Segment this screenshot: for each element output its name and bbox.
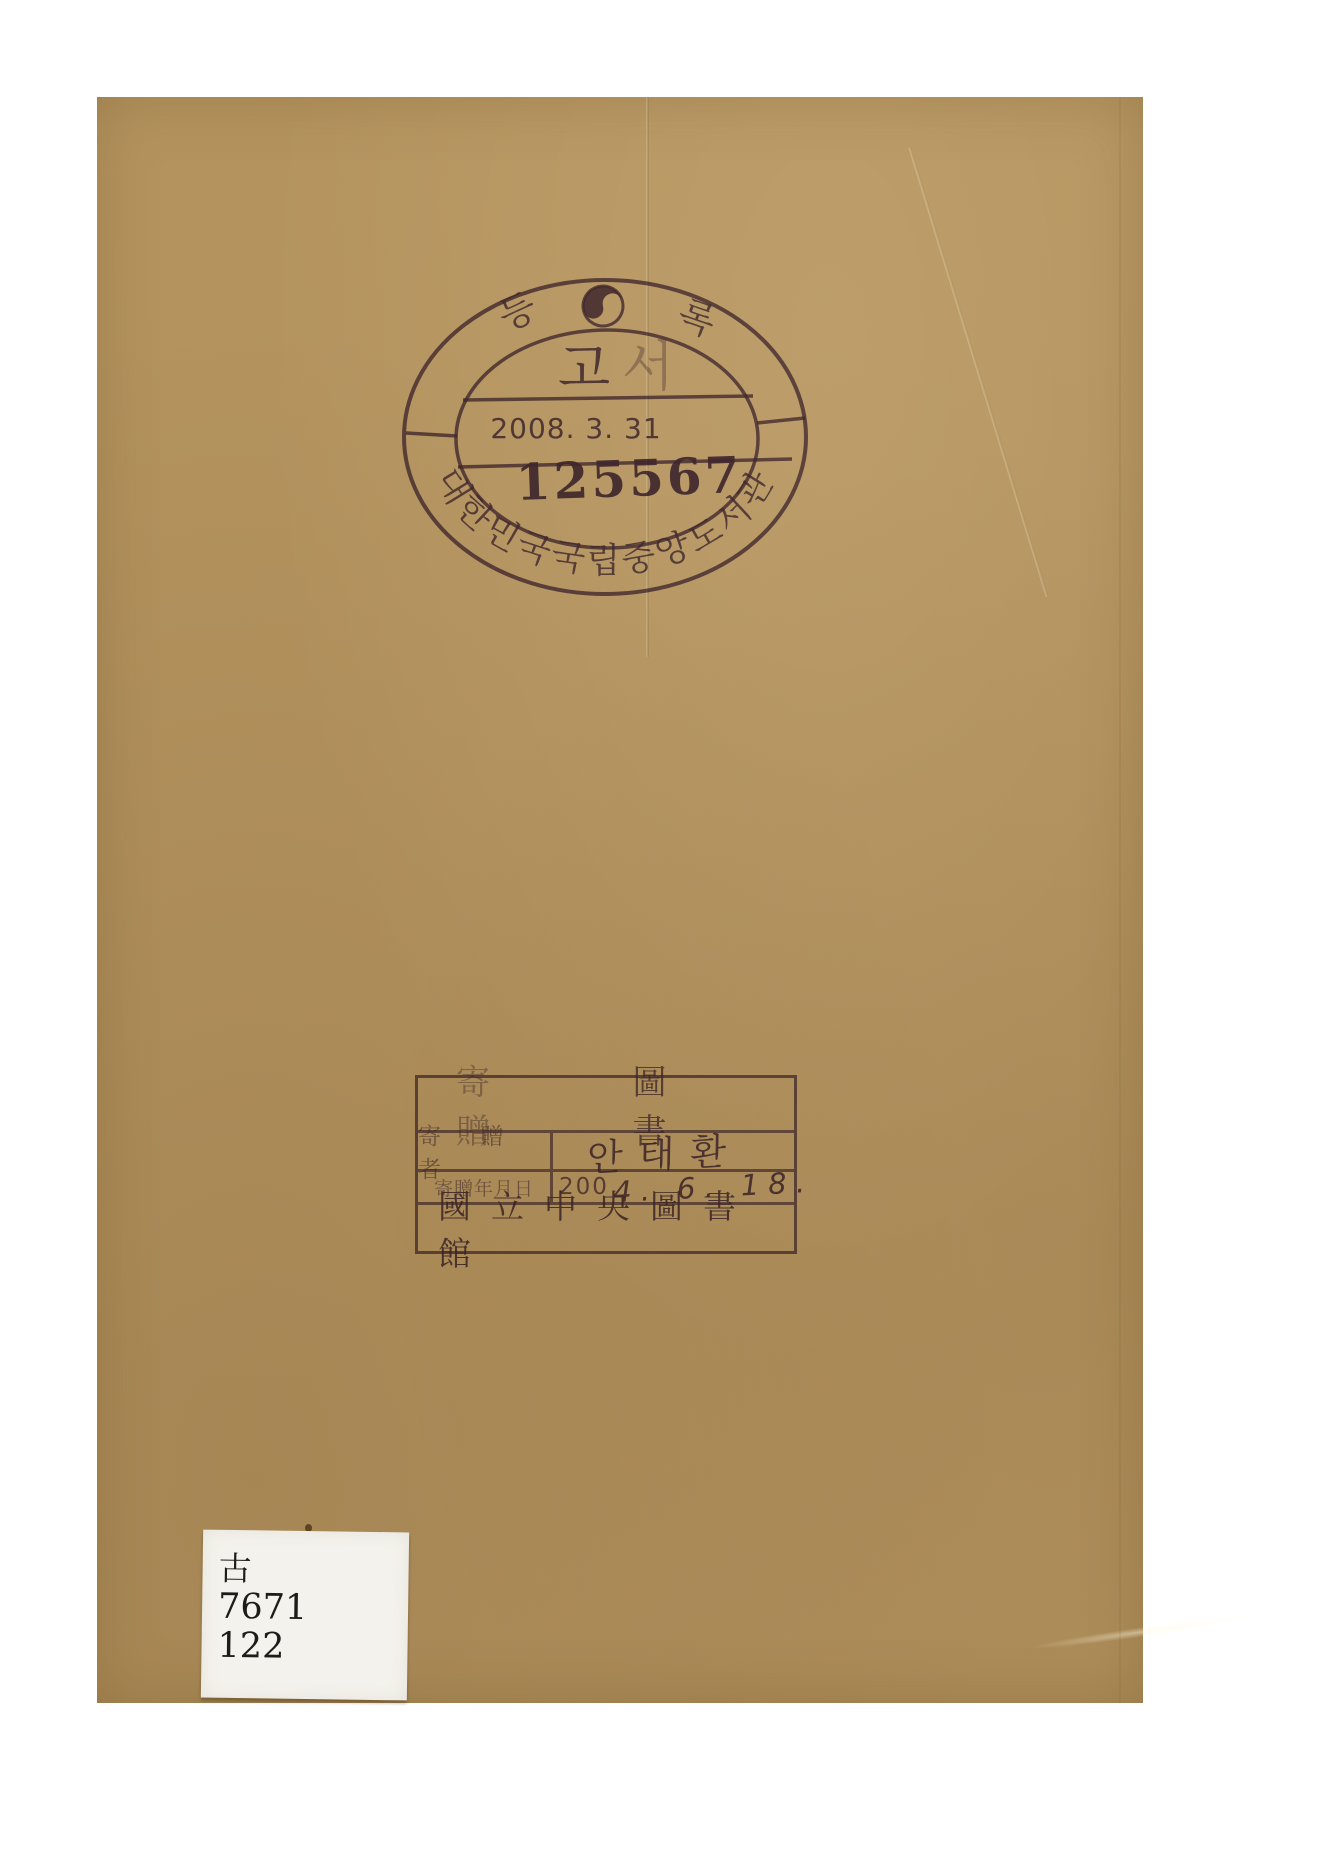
call-number-line1: 古 <box>218 1550 409 1591</box>
donation-stamp-footer-row: 國立中央圖書館 <box>418 1205 794 1251</box>
call-number-line2: 7671 <box>218 1588 409 1630</box>
donation-stamp: 寄 贈 圖 書 寄 贈 者 안태환 寄贈年月日 200 4. 6. 18. 國立… <box>415 1075 797 1254</box>
paper-crease-bottom <box>1027 1611 1256 1653</box>
stamp-registration-number: 125567 <box>515 445 744 512</box>
paper-crease-diagonal <box>908 147 1048 597</box>
stamp-category-char2: 서 <box>622 335 674 398</box>
library-name: 國立中央圖書館 <box>438 1181 794 1275</box>
call-number-label: 古 7671 122 <box>201 1530 409 1701</box>
stamp-left-tick <box>406 433 457 436</box>
stamp-date: 2008. 3. 31 <box>490 412 661 445</box>
stamp-top-left-char: 등 <box>491 284 542 339</box>
registration-stamp: 등 록 고 서 2008. 3. 31 125567 대한민국국립중앙도서관 <box>396 270 816 606</box>
kraft-paper-cover: 등 록 고 서 2008. 3. 31 125567 대한민국국립중앙도서관 寄… <box>97 97 1143 1703</box>
stamp-category-char1: 고 <box>558 337 610 400</box>
stamp-top-right-char: 록 <box>672 291 722 345</box>
donation-stamp-donor-row: 寄 贈 者 안태환 <box>418 1133 794 1172</box>
taegeuk-symbol-icon <box>579 282 628 331</box>
stamp-right-tick <box>757 418 805 423</box>
paper-crease-right <box>1119 97 1121 1703</box>
call-number-line3: 122 <box>217 1627 408 1669</box>
